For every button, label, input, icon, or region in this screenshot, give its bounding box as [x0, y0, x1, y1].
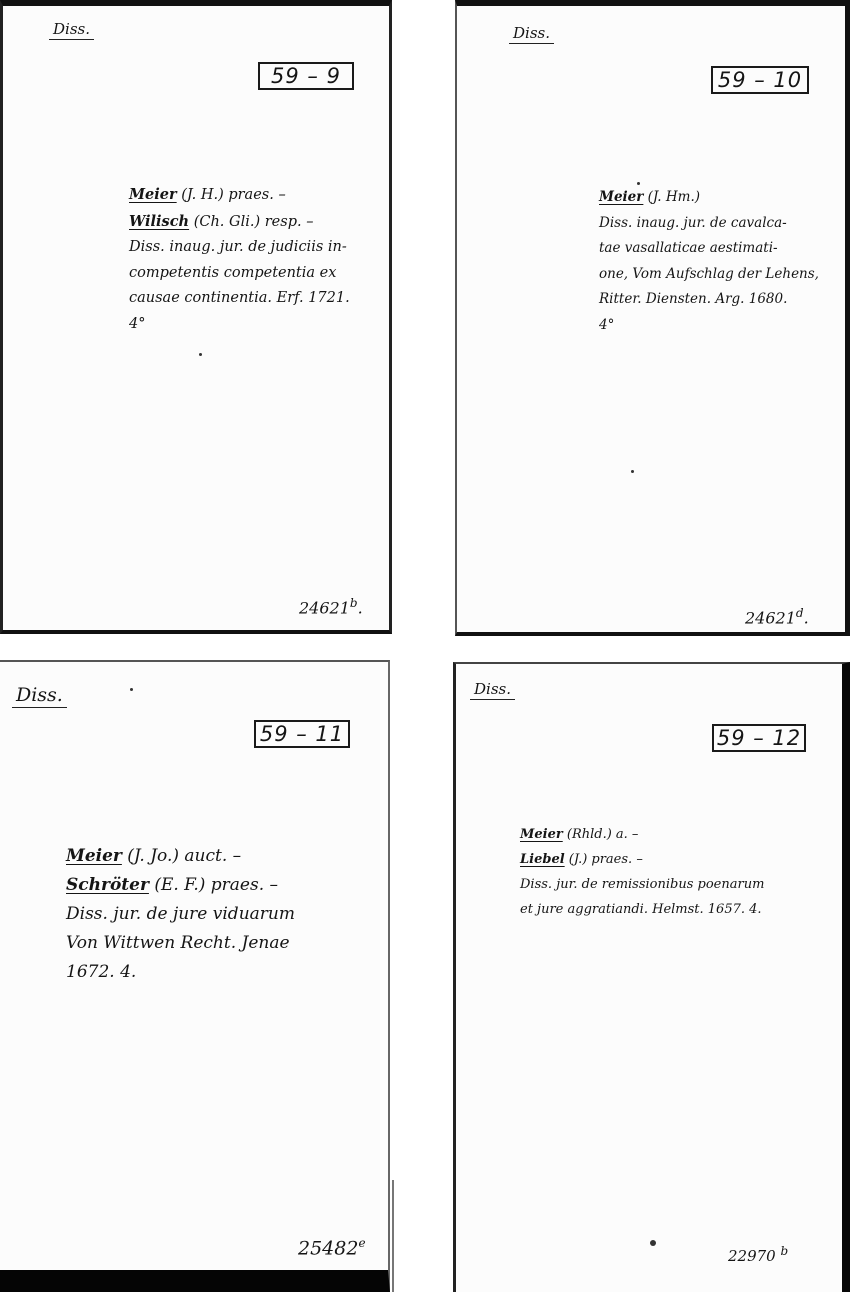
card-type-marker: Diss. — [470, 680, 515, 700]
author-name: Meier — [520, 827, 563, 842]
entry-line: Diss. inaug. jur. de cavalca- — [599, 211, 819, 237]
entry-line: et jure aggratiandi. Helmst. 1657. 4. — [520, 897, 764, 922]
entry-text: 4° — [599, 317, 614, 333]
accession-number: 22970 b — [728, 1244, 788, 1265]
entry-line: causae continentia. Erf. 1721. — [129, 286, 350, 312]
scan-speck — [130, 688, 133, 691]
accession-number: 24621d. — [745, 606, 809, 627]
author-name: Meier — [599, 189, 643, 205]
card-gap-strip — [392, 1180, 454, 1292]
call-number-box: 59 – 10 — [711, 66, 809, 94]
author-name: Liebel — [520, 852, 565, 867]
entry-text: Ritter. Diensten. Arg. 1680. — [599, 291, 787, 307]
catalog-card-59-12: Diss. 59 – 12 Meier (Rhld.) a. –Liebel (… — [453, 662, 850, 1292]
card-type-marker: Diss. — [509, 24, 554, 44]
author-name: Schröter — [66, 875, 149, 895]
catalog-card-59-10: Diss. 59 – 10 Meier (J. Hm.)Diss. inaug.… — [455, 0, 850, 636]
card-type-marker: Diss. — [12, 684, 67, 708]
entry-text: 1672. 4. — [66, 962, 136, 982]
entry-line: tae vasallaticae aestimati- — [599, 236, 819, 262]
entry-text: (J. Jo.) auct. – — [122, 846, 241, 866]
entry-line: Meier (J. H.) praes. – — [129, 182, 350, 209]
entry-line: Von Wittwen Recht. Jenae — [66, 929, 295, 958]
entry-text: Diss. inaug. jur. de judiciis in- — [129, 239, 347, 255]
author-name: Meier — [129, 186, 177, 203]
entry-line: 4° — [599, 313, 819, 339]
call-number-box: 59 – 11 — [254, 720, 350, 748]
bibliographic-entry: Meier (J. Hm.)Diss. inaug. jur. de caval… — [599, 185, 819, 338]
entry-text: 4° — [129, 316, 145, 332]
accession-number: 24621b. — [299, 596, 363, 617]
entry-text: Von Wittwen Recht. Jenae — [66, 933, 290, 953]
accession-number: 25482e — [298, 1236, 366, 1259]
scan-speck — [650, 1240, 656, 1246]
entry-line: Meier (J. Hm.) — [599, 185, 819, 211]
entry-line: Liebel (J.) praes. – — [520, 847, 764, 872]
entry-text: (J. H.) praes. – — [177, 187, 286, 203]
entry-line: Meier (J. Jo.) auct. – — [66, 842, 295, 871]
entry-line: Wilisch (Ch. Gli.) resp. – — [129, 209, 350, 236]
catalog-card-59-11: Diss. 59 – 11 Meier (J. Jo.) auct. –Schr… — [0, 660, 390, 1292]
author-name: Wilisch — [129, 213, 189, 230]
entry-line: 1672. 4. — [66, 958, 295, 987]
call-number-box: 59 – 12 — [712, 724, 806, 752]
entry-line: Schröter (E. F.) praes. – — [66, 871, 295, 900]
entry-line: Diss. jur. de jure viduarum — [66, 900, 295, 929]
entry-text: (J. Hm.) — [643, 189, 700, 205]
entry-text: (Rhld.) a. – — [563, 827, 639, 842]
bibliographic-entry: Meier (Rhld.) a. –Liebel (J.) praes. –Di… — [520, 822, 764, 922]
entry-line: one, Vom Aufschlag der Lehens, — [599, 262, 819, 288]
entry-text: (E. F.) praes. – — [149, 875, 278, 895]
entry-line: 4° — [129, 312, 350, 338]
scan-speck — [199, 353, 202, 356]
entry-line: Diss. jur. de remissionibus poenarum — [520, 872, 764, 897]
entry-text: causae continentia. Erf. 1721. — [129, 290, 350, 306]
call-number-box: 59 – 9 — [258, 62, 354, 90]
catalog-card-59-9: Diss. 59 – 9 Meier (J. H.) praes. –Wilis… — [0, 0, 392, 634]
entry-text: Diss. jur. de jure viduarum — [66, 904, 295, 924]
entry-text: tae vasallaticae aestimati- — [599, 240, 778, 256]
entry-text: (Ch. Gli.) resp. – — [189, 214, 313, 230]
author-name: Meier — [66, 846, 122, 866]
entry-line: Ritter. Diensten. Arg. 1680. — [599, 287, 819, 313]
card-type-marker: Diss. — [49, 20, 94, 40]
scan-speck — [631, 470, 634, 473]
entry-text: et jure aggratiandi. Helmst. 1657. 4. — [520, 902, 762, 917]
bibliographic-entry: Meier (J. H.) praes. –Wilisch (Ch. Gli.)… — [129, 182, 350, 337]
entry-text: one, Vom Aufschlag der Lehens, — [599, 266, 819, 282]
entry-text: competentis competentia ex — [129, 265, 336, 281]
entry-text: Diss. inaug. jur. de cavalca- — [599, 215, 787, 231]
entry-line: competentis competentia ex — [129, 261, 350, 287]
bibliographic-entry: Meier (J. Jo.) auct. –Schröter (E. F.) p… — [66, 842, 295, 987]
entry-line: Meier (Rhld.) a. – — [520, 822, 764, 847]
entry-line: Diss. inaug. jur. de judiciis in- — [129, 235, 350, 261]
entry-text: Diss. jur. de remissionibus poenarum — [520, 877, 764, 892]
entry-text: (J.) praes. – — [565, 852, 643, 867]
scan-speck — [637, 182, 640, 185]
